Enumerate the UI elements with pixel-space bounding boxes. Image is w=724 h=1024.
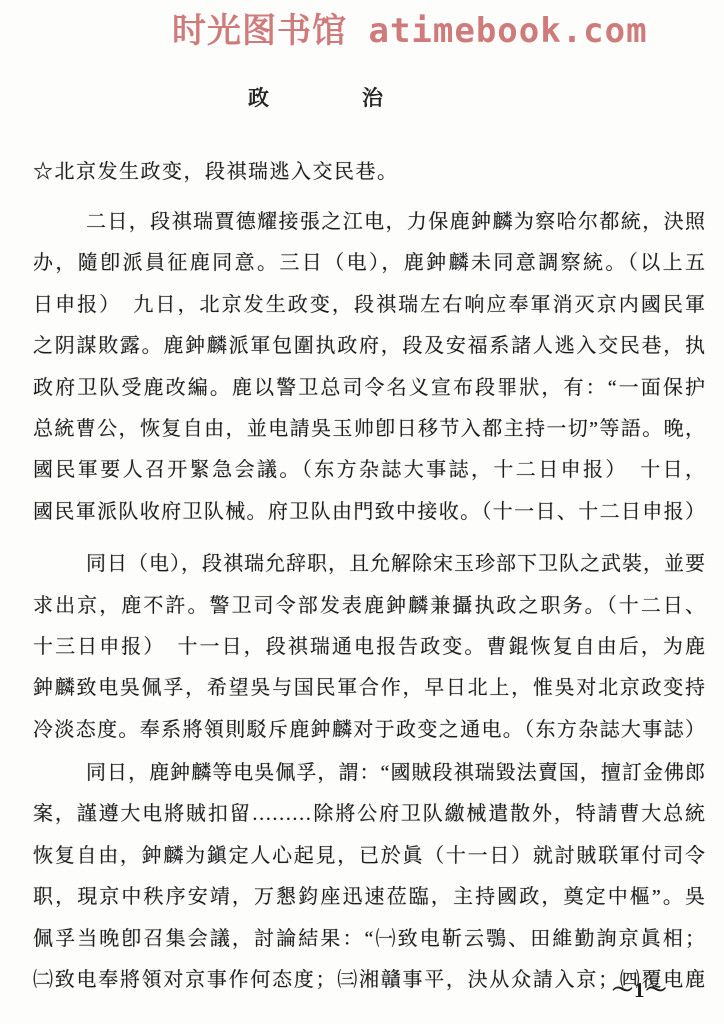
text-line: 國民軍要人召开緊急会議。（东方杂誌大事誌，十二日申报） 十日， xyxy=(33,450,705,491)
text-line: 同日，鹿鈡麟等电吳佩孚，謂：“國賊段祺瑞毀法賣国，擅訂金佛郎 xyxy=(33,753,705,794)
text-line: 冷淡态度。奉系將領則駁斥鹿鈡麟对于政变之通电。（东方杂誌大事誌） xyxy=(33,710,705,751)
scanned-document-page: 时光图书馆 atimebook.com 政 治 ☆北京发生政变，段祺瑞逃入交民巷… xyxy=(0,0,724,1024)
text-line: 恢复自由，鈡麟为鎭定人心起見，已於眞（十一日）就討賊联軍付司令 xyxy=(33,836,705,877)
text-line: 案，謹遵大电將賊扣留………除將公府卫队繳械遣散外，特請曹大总統 xyxy=(33,794,705,835)
text-line: 同日（电），段祺瑞允辞职，且允解除宋玉珍部下卫队之武裝，並要 xyxy=(33,544,705,585)
title-char-right: 治 xyxy=(362,82,384,112)
text-line: 日申报） 九日，北京发生政变，段祺瑞左右响应奉軍消灭京内國民軍 xyxy=(33,285,705,326)
text-line: 办，隨卽派員征鹿同意。三日（电），鹿鈡麟未同意調察統。（以上五 xyxy=(33,243,705,284)
text-line: 之阴謀敗露。鹿鈡麟派軍包圍执政府，段及安福系諸人逃入交民巷，执 xyxy=(33,326,705,367)
watermark-text: 时光图书馆 atimebook.com xyxy=(172,3,648,52)
text-line: 二日，段祺瑞賈德耀接張之江电，力保鹿鈡麟为察哈尔都統，決照 xyxy=(33,202,705,243)
text-line: 佩孚当晚卽召集会議，討論結果：“㈠致电靳云鶚、田維勤詢京眞相； xyxy=(33,919,705,960)
page-title: 政 治 xyxy=(248,82,384,112)
paragraph: 二日，段祺瑞賈德耀接張之江电，力保鹿鈡麟为察哈尔都統，決照 办，隨卽派員征鹿同意… xyxy=(33,202,705,533)
paragraph: 同日（电），段祺瑞允辞职，且允解除宋玉珍部下卫队之武裝，並要 求出京，鹿不許。警… xyxy=(33,544,705,751)
text-line: 职，現京中秩序安靖，万懇鈞座迅速莅臨，主持國政，奠定中樞”。吳 xyxy=(33,877,705,918)
paragraph: 同日，鹿鈡麟等电吳佩孚，謂：“國賊段祺瑞毀法賣国，擅訂金佛郎 案，謹遵大电將賊扣… xyxy=(33,753,705,1001)
title-char-left: 政 xyxy=(248,82,270,112)
text-line: 政府卫队受鹿改編。鹿以警卫总司令名义宣布段罪狀，有：“一面保护 xyxy=(33,368,705,409)
text-line: 十三日申报） 十一日，段祺瑞通电报告政变。曹錕恢复自由后，为鹿 xyxy=(33,627,705,668)
document-body: ☆北京发生政变，段祺瑞逃入交民巷。 二日，段祺瑞賈德耀接張之江电，力保鹿鈡麟为察… xyxy=(33,156,705,1001)
star-headline: ☆北京发生政变，段祺瑞逃入交民巷。 xyxy=(33,156,705,202)
text-line: ㈡致电奉將領对京事作何态度；㈢湘贛事平，決从众請入京；㈣覆电鹿 xyxy=(33,960,705,1001)
page-number: ～1～ xyxy=(612,974,668,1004)
text-line: 总統曹公，恢复自由，並电請吳玉帅卽日移节入都主持一切”等語。晚， xyxy=(33,409,705,450)
text-line: 國民軍派队收府卫队械。府卫队由門致中接收。（十一日、十二日申报） xyxy=(33,492,705,533)
text-line: 求出京，鹿不許。警卫司令部发表鹿鈡麟兼攝执政之职务。（十二日、 xyxy=(33,586,705,627)
text-line: 鈡麟致电吳佩孚，希望吳与国民軍合作，早日北上，惟吳对北京政变持 xyxy=(33,668,705,709)
